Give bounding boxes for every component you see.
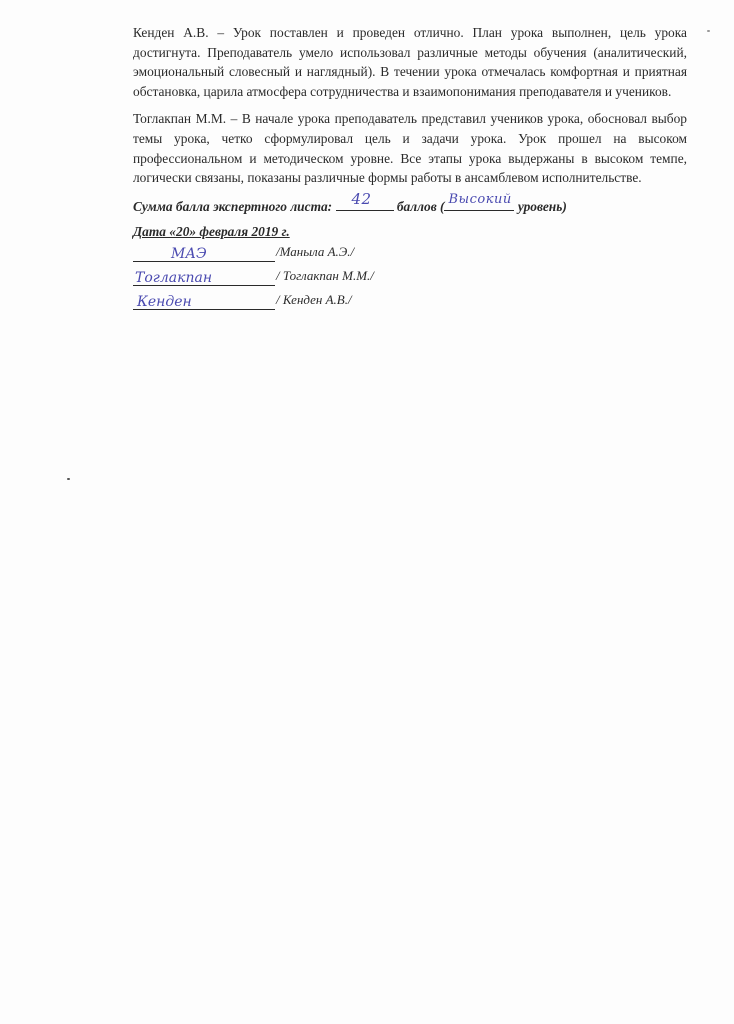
scan-speck [67, 478, 70, 480]
score-handwritten: 42 [352, 190, 372, 210]
signatory-name: /Маныла А.Э./ [276, 242, 354, 262]
level-suffix: уровень) [518, 199, 567, 214]
document-date: Дата «20» февраля 2019 г. [133, 222, 687, 242]
document-page: Кенден А.В. – Урок поставлен и проведен … [0, 0, 734, 1024]
score-summary: Сумма балла экспертного листа: 42 баллов… [133, 196, 687, 218]
scan-speck [707, 30, 710, 32]
signature-handwritten: Кенден [137, 293, 192, 313]
signature-row-manyla: МАЭ /Маныла А.Э./ [133, 242, 687, 266]
level-fill-line: Высокий [444, 196, 514, 211]
signature-handwritten: Тоглакпан [135, 269, 212, 289]
score-label: Сумма балла экспертного листа: [133, 199, 332, 214]
points-label: баллов ( [397, 199, 445, 214]
document-body: Кенден А.В. – Урок поставлен и проведен … [133, 23, 687, 314]
review-paragraph-kenden: Кенден А.В. – Урок поставлен и проведен … [133, 23, 687, 101]
review-paragraph-toglakpan: Тоглакпан М.М. – В начале урока преподав… [133, 109, 687, 187]
score-fill-line: 42 [336, 196, 394, 211]
signature-row-kenden: Кенден / Кенден А.В./ [133, 290, 687, 314]
signature-handwritten: МАЭ [171, 245, 207, 265]
signatory-name: / Тоглакпан М.М./ [276, 266, 374, 286]
level-handwritten: Высокий [448, 190, 511, 210]
signature-row-toglakpan: Тоглакпан / Тоглакпан М.М./ [133, 266, 687, 290]
signatory-name: / Кенден А.В./ [276, 290, 352, 310]
